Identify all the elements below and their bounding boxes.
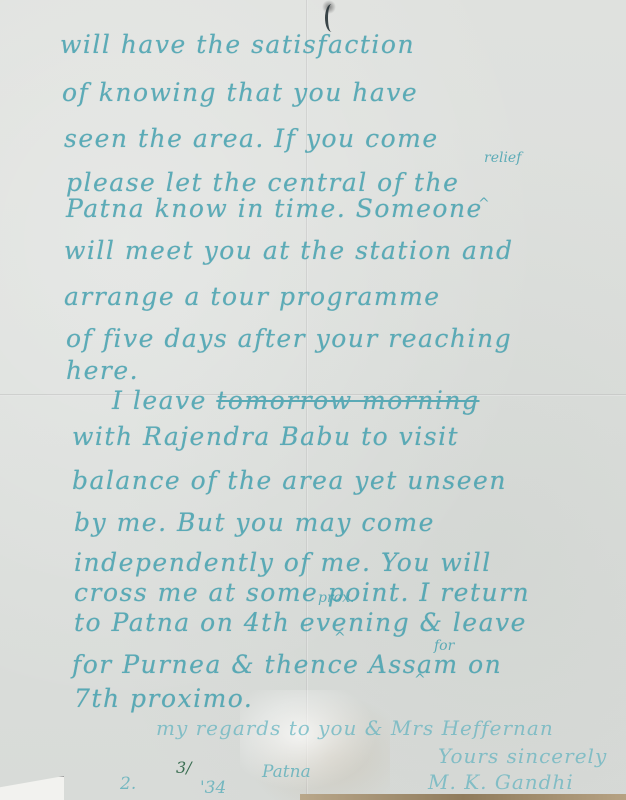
letter-line-9: here. <box>66 356 139 385</box>
letter-line-17: for Purnea & thence Assam on <box>72 650 502 679</box>
letter-line-13: by me. But you may come <box>74 508 435 537</box>
signature: M. K. Gandhi <box>428 770 574 794</box>
letter-line-3: seen the area. If you come <box>64 124 439 153</box>
letter-line-4: please let the central of the <box>66 168 459 197</box>
letter-line-15: cross me at some point. I return <box>74 578 530 607</box>
letter-line-11: with Rajendra Babu to visit <box>72 422 459 451</box>
struck-phrase: I leave tomorrow morning <box>112 386 479 415</box>
pencil-fraction: 3/ <box>176 758 192 777</box>
torn-paper-corner <box>0 776 64 800</box>
date-year: '34 <box>200 778 226 798</box>
caret-mark-prox: ^ <box>334 630 346 646</box>
date-place: Patna <box>262 762 311 782</box>
letter-line-2: of knowing that you have <box>62 78 418 107</box>
paper-bottom-edge <box>300 794 626 800</box>
letter-line-10: I leave tomorrow morning <box>112 386 479 415</box>
letter-line-5: Patna know in time. Someone <box>66 194 483 223</box>
date-day: 2. <box>120 774 136 794</box>
letter-page: will have the satisfaction of knowing th… <box>0 0 626 800</box>
caret-mark-for: ^ <box>414 672 426 688</box>
insertion-relief: relief <box>484 150 521 166</box>
letter-line-18: 7th proximo. <box>74 684 253 713</box>
letter-line-14: independently of me. You will <box>74 548 492 577</box>
closing-regards: my regards to you & Mrs Heffernan <box>156 716 554 740</box>
letter-line-16: to Patna on 4th evening & leave <box>74 608 527 637</box>
ink-blot-mark <box>325 4 338 32</box>
letter-line-8: of five days after your reaching <box>66 324 512 353</box>
struck-words: tomorrow morning <box>216 386 479 415</box>
closing-yours: Yours sincerely <box>438 744 607 768</box>
insertion-prox: prox. <box>318 590 354 606</box>
letter-line-6: will meet you at the station and <box>64 236 514 265</box>
paper-stain <box>240 690 390 800</box>
letter-line-1: will have the satisfaction <box>60 30 415 59</box>
letter-line-12: balance of the area yet unseen <box>72 466 507 495</box>
letter-line-7: arrange a tour programme <box>64 282 441 311</box>
